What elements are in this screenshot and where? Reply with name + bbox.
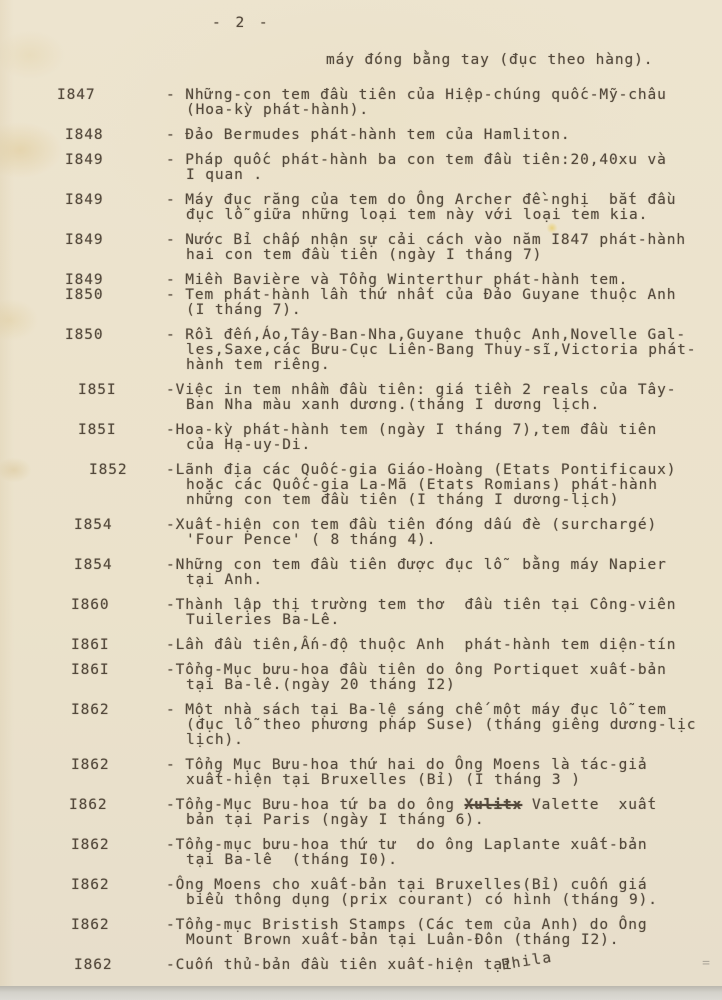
entry-row: I862-Tổng-mục bưu-hoa thứ tư do ông Lapl… [57,838,714,868]
year-label: I849 [57,233,166,263]
scanner-background [0,986,722,1000]
page-content: - 2 - máy đóng bằng tay (đục theo hàng).… [0,0,722,983]
entry-row: I849- Nước Bỉ chấp nhận sự cải cách vào … [57,233,714,263]
entry-text: - Những-con tem đầu tiên của Hiệp-chúng … [166,88,714,118]
entry-row: I85I-Việc in tem nhầm đầu tiên: giá tiền… [57,383,714,413]
year-label: I862 [57,918,166,948]
entry-text: -Ông Moens cho xuất-bản tại Bruxelles(Bỉ… [166,878,714,908]
year-label: I85I [57,383,166,413]
year-label: I850 [57,288,166,318]
page-edge-mark: = [702,956,710,971]
entry-row: I862-Tổng-mục Bristish Stamps (Các tem c… [57,918,714,948]
entry-text: -Hoa-kỳ phát-hành tem (ngày I tháng 7),t… [166,423,714,453]
year-label [57,53,166,68]
year-label: I847 [57,88,166,118]
entry-text: - Pháp quốc phát-hành ba con tem đầu tiê… [166,153,714,183]
year-label: I86I [57,663,166,693]
entry-row: I854-Xuất-hiện con tem đầu tiên đóng dấu… [57,518,714,548]
entry-row: I862- Một nhà sách tại Ba-lệ sáng chế mộ… [57,703,714,748]
entry-text: -Tổng-mục Bristish Stamps (Các tem của A… [166,918,714,948]
entry-row: I852-Lãnh địa các Quốc-gia Giáo-Hoàng (E… [57,463,714,508]
entry-row: I849- Máy đục răng của tem do Ông Archer… [57,193,714,223]
entry-text: - Tem phát-hành lần thứ nhất của Đảo Guy… [166,288,714,318]
entry-row: I850- Tem phát-hành lần thứ nhất của Đảo… [57,288,714,318]
entry-row: I849- Miền Bavière và Tổng Winterthur ph… [57,273,714,288]
entry-row: I847- Những-con tem đầu tiên của Hiệp-ch… [57,88,714,118]
year-label: I854 [57,558,166,588]
entry-row: I849- Pháp quốc phát-hành ba con tem đầu… [57,153,714,183]
tilted-word: Phila [521,951,555,971]
year-label: I849 [57,273,166,288]
year-label: I862 [57,703,166,748]
year-label: I862 [57,838,166,868]
entry-row: I862-Ông Moens cho xuất-bản tại Bruxelle… [57,878,714,908]
year-label: I852 [57,463,166,508]
entry-text: - Máy đục răng của tem do Ông Archer đề-… [166,193,714,223]
entry-text: -Lãnh địa các Quốc-gia Giáo-Hoàng (Etats… [166,463,714,508]
year-label: I862 [57,798,166,828]
entry-text: -Cuốn thủ-bản đầu tiên xuất-hiện tại Phi… [166,958,714,973]
entry-text: -Tổng-Mục bưu-hoa đầu tiên do ông Portiq… [166,663,714,693]
entry-text: - Một nhà sách tại Ba-lệ sáng chế một má… [166,703,714,748]
year-label: I854 [57,518,166,548]
struck-word: Xulitx [465,797,523,813]
entry-text: máy đóng bằng tay (đục theo hàng). [326,53,714,68]
entry-row: I848- Đảo Bermudes phát-hành tem của Ham… [57,128,714,143]
page-number: - 2 - [212,16,271,31]
entry-row: I85I-Hoa-kỳ phát-hành tem (ngày I tháng … [57,423,714,453]
entry-text: -Việc in tem nhầm đầu tiên: giá tiền 2 r… [166,383,714,413]
year-label: I849 [57,193,166,223]
entry-row: I86I-Tổng-Mục bưu-hoa đầu tiên do ông Po… [57,663,714,693]
entry-text: - Đảo Bermudes phát-hành tem của Hamlito… [166,128,714,143]
year-label: I860 [57,598,166,628]
entry-text: -Những con tem đầu tiên được đục lỗ bằng… [166,558,714,588]
entry-text: -Xuất-hiện con tem đầu tiên đóng dấu đè … [166,518,714,548]
entry-row: I854-Những con tem đầu tiên được đục lỗ … [57,558,714,588]
entries: máy đóng bằng tay (đục theo hàng).I847- … [57,53,714,973]
entry-row: I862-Cuốn thủ-bản đầu tiên xuất-hiện tại… [57,958,714,973]
entry-row: I850- Rồi đến,Áo,Tây-Ban-Nha,Guyane thuộ… [57,328,714,373]
entry-text: -Tổng-Mục Bưu-hoa tứ ba do ông Xulitx Va… [166,798,714,828]
year-label: I850 [57,328,166,373]
year-label: I862 [57,878,166,908]
entry-row: I860-Thành lập thị trường tem thơ đầu ti… [57,598,714,628]
entry-text: -Tổng-mục bưu-hoa thứ tư do ông Laplante… [166,838,714,868]
entry-text: - Nước Bỉ chấp nhận sự cải cách vào năm … [166,233,714,263]
year-label: I862 [57,758,166,788]
year-label: I849 [57,153,166,183]
year-label: I85I [57,423,166,453]
entry-row: I862- Tổng Mục Bưu-hoa thứ hai do Ông Mo… [57,758,714,788]
entry-text: - Miền Bavière và Tổng Winterthur phát-h… [166,273,714,288]
year-label: I848 [57,128,166,143]
entry-text: - Tổng Mục Bưu-hoa thứ hai do Ông Moens … [166,758,714,788]
entry-text: - Rồi đến,Áo,Tây-Ban-Nha,Guyane thuộc An… [166,328,714,373]
entry-text: -Thành lập thị trường tem thơ đầu tiên t… [166,598,714,628]
year-label: I86I [57,638,166,653]
entry-row: I86I-Lần đầu tiên,Ấn-độ thuộc Anh phát-h… [57,638,714,653]
year-label: I862 [57,958,166,973]
entry-row: máy đóng bằng tay (đục theo hàng). [57,53,714,68]
entry-text: -Lần đầu tiên,Ấn-độ thuộc Anh phát-hành … [166,638,714,653]
entry-row: I862-Tổng-Mục Bưu-hoa tứ ba do ông Xulit… [57,798,714,828]
